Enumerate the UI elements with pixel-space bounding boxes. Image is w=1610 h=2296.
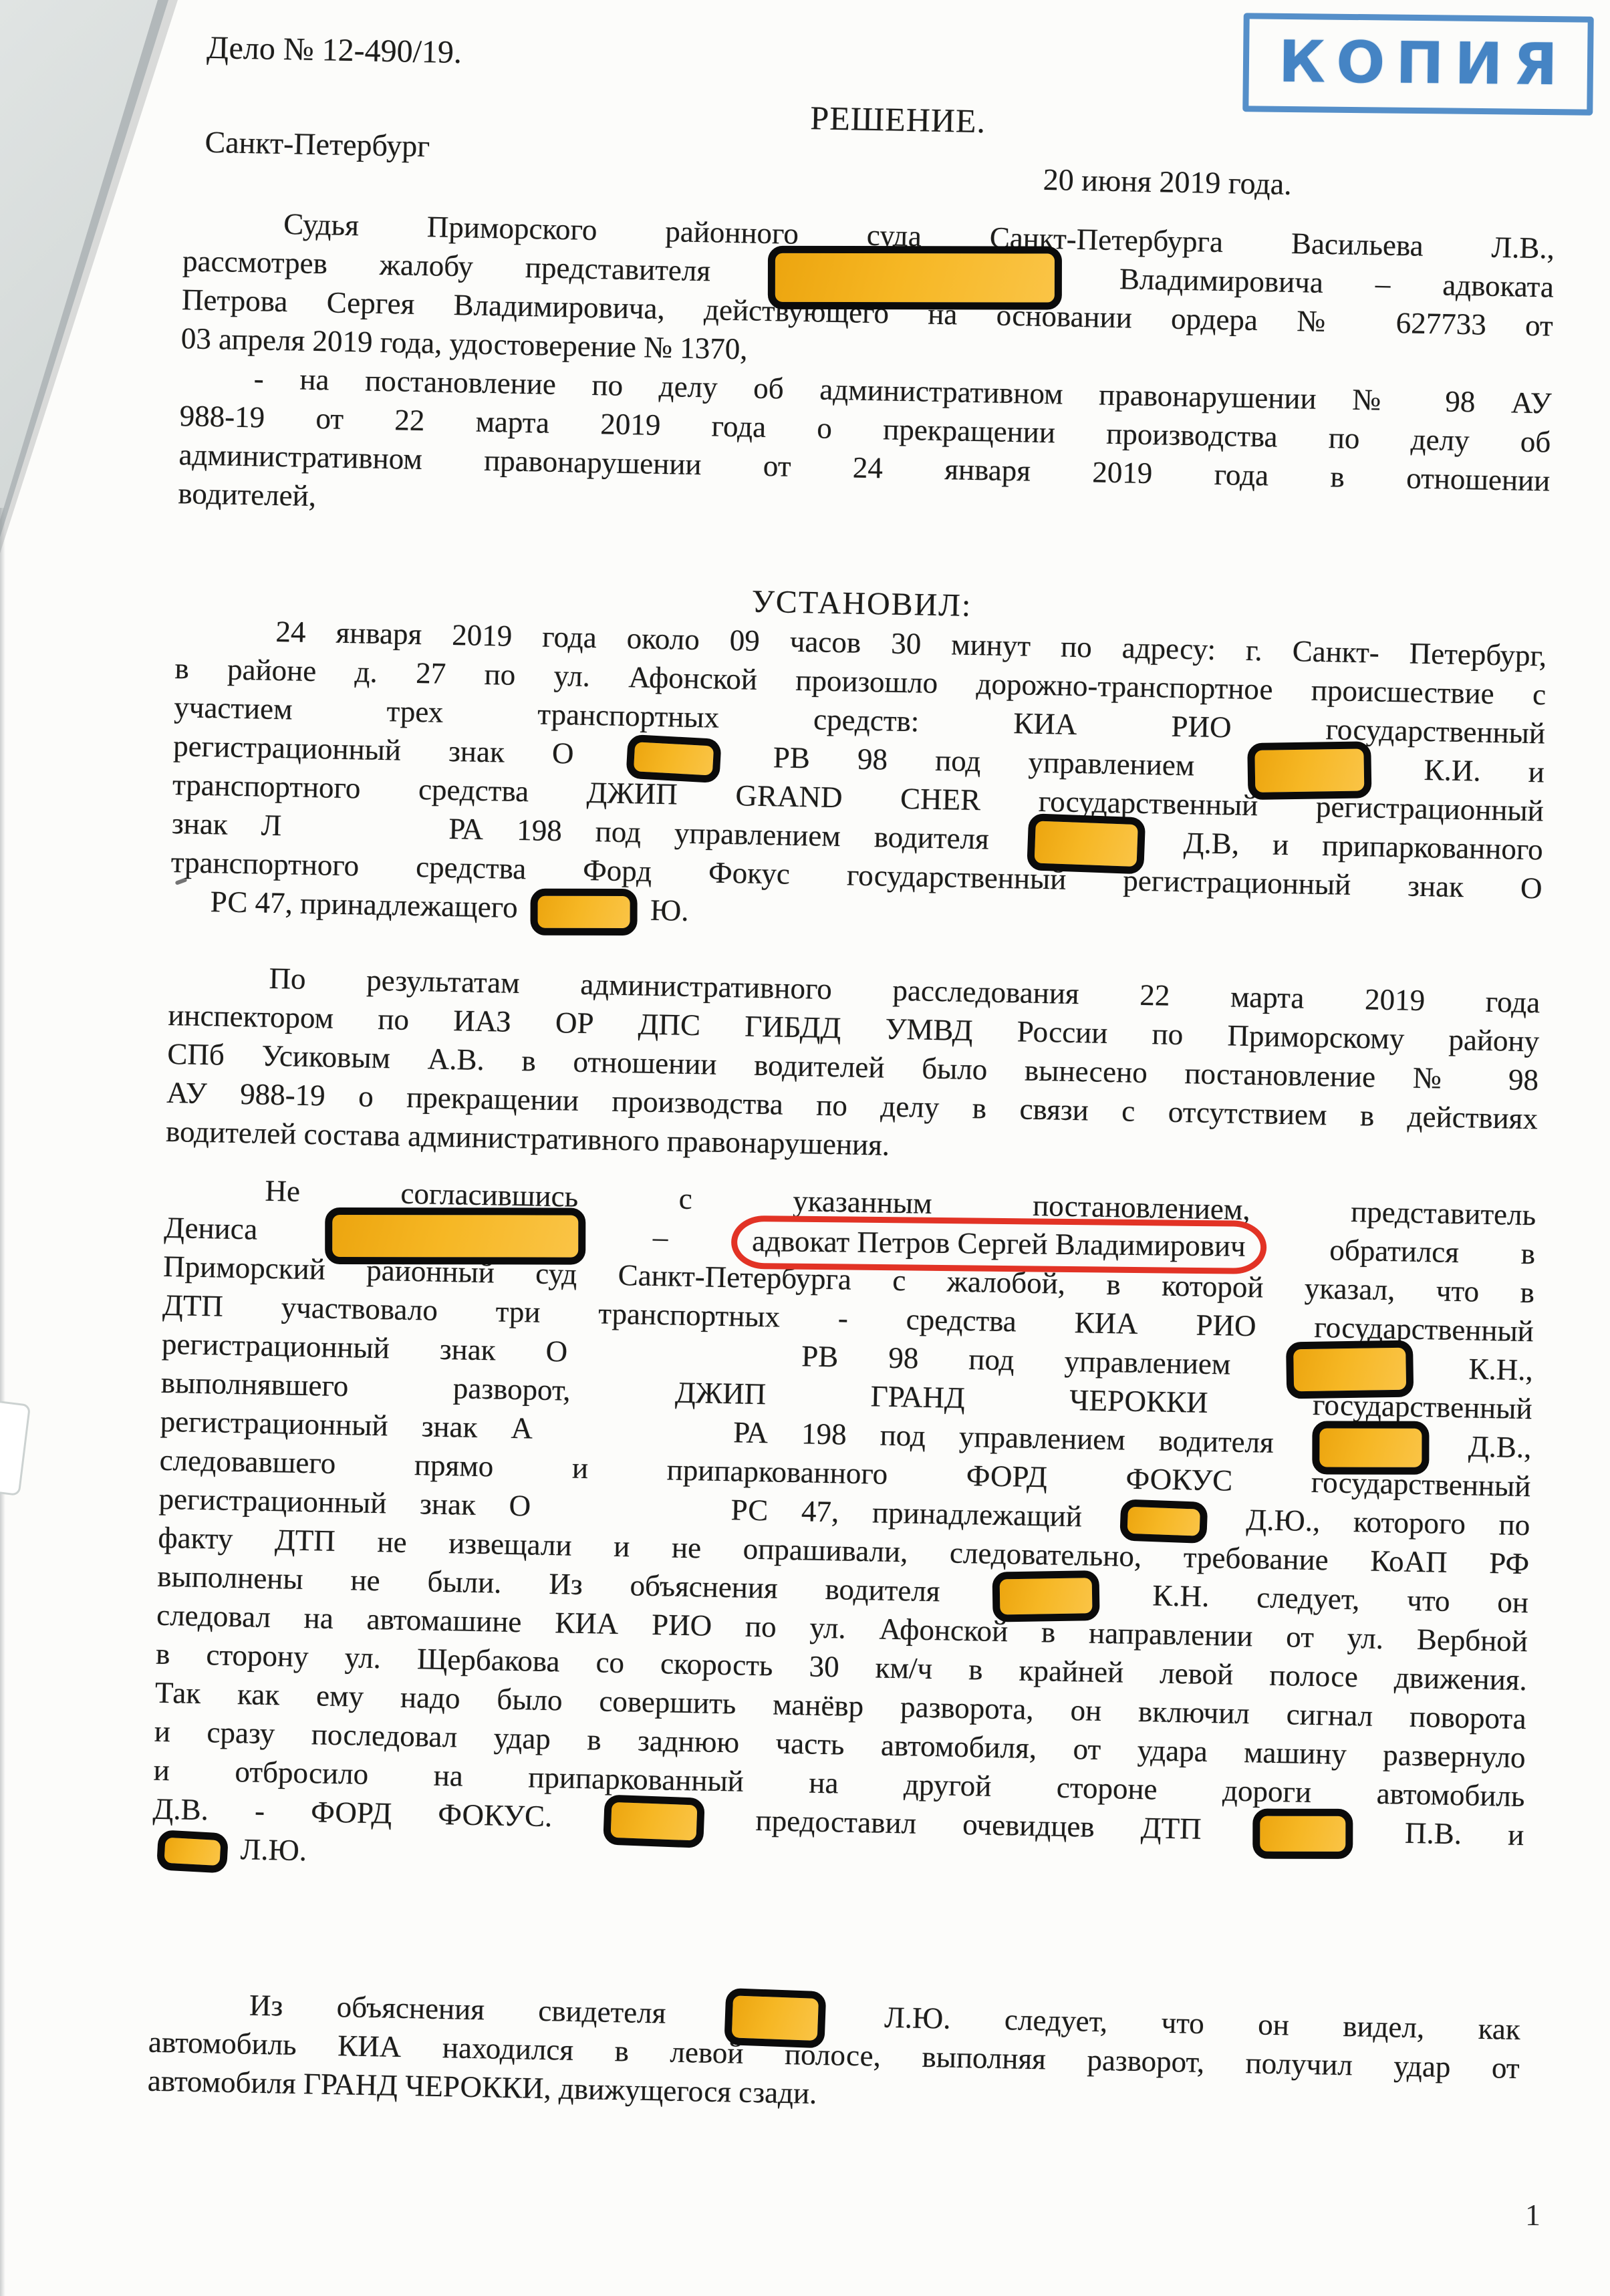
blank-gap (564, 1515, 698, 1519)
text-run: Л.Ю. (240, 1832, 307, 1867)
text-run: К.Н., (1468, 1352, 1533, 1387)
red-circle-annotation: адвокат Петров Сергей Владимирович (731, 1215, 1266, 1274)
redaction-bar (1253, 1809, 1353, 1859)
text-run: Ю. (650, 893, 689, 927)
case-number: Дело № 12-490/19. (207, 29, 462, 71)
text-run: водителей, (178, 476, 316, 513)
blank-gap (315, 835, 415, 838)
decision-title: РЕШЕНИЕ. (810, 98, 986, 140)
scan-edge-artifact (0, 1400, 31, 1496)
text-run: РВ 98 под управлением (801, 1339, 1231, 1381)
text-run: регистрационный знак О (162, 1327, 568, 1369)
text-run: – (652, 1220, 668, 1254)
redaction-bar (603, 1795, 705, 1848)
redaction-bar (1286, 1340, 1414, 1399)
text-run: УСТАНОВИЛ: (751, 584, 972, 623)
redaction-bar (768, 246, 1062, 310)
redaction-bar (1120, 1499, 1208, 1544)
document-content: Дело № 12-490/19. РЕШЕНИЕ. Санкт-Петербу… (147, 23, 1558, 2126)
redaction-bar (724, 1988, 826, 2048)
text-run: Д.В., (1468, 1429, 1532, 1464)
blank-gap (618, 1361, 751, 1365)
text-run: К.Н. следует, что он (1152, 1578, 1529, 1619)
text-run: обратился в (1329, 1233, 1536, 1270)
city-label: Санкт-Петербург (205, 124, 430, 164)
redaction-bar (531, 888, 638, 935)
text-run: регистрационный знак А (160, 1405, 533, 1445)
text-run: знак Л (172, 807, 282, 842)
redaction-bar (1313, 1421, 1430, 1474)
page-number: 1 (1525, 2197, 1540, 2233)
text-run: Дениса (164, 1211, 258, 1246)
text-run: регистрационный знак О (173, 729, 574, 770)
text-run: Д.В. - ФОРД ФОКУС. (152, 1792, 553, 1833)
text-run: Д.В, и припаркованного (1183, 826, 1543, 866)
text-run: РС 47, принадлежащий (730, 1493, 1082, 1533)
document-header: Дело № 12-490/19. РЕШЕНИЕ. Санкт-Петербу… (184, 23, 1559, 229)
redaction-bar (992, 1570, 1100, 1622)
blank-gap (566, 1438, 700, 1442)
text-run: К.И. и (1424, 753, 1545, 788)
redaction-bar (325, 1207, 585, 1265)
decision-date: 20 июня 2019 года. (1043, 162, 1292, 202)
text-run: РВ 98 под управлением (773, 740, 1194, 782)
body-lines: Судья Приморского районного суда Санкт-П… (147, 202, 1555, 2126)
text-run: Д.Ю., которого по (1246, 1503, 1530, 1542)
text-run: П.В. и (1405, 1816, 1524, 1852)
redaction-bar (626, 734, 721, 782)
text-run: Из объяснения свидетеля (249, 1989, 666, 2030)
redaction-bar (156, 1830, 229, 1874)
redaction-bar (1247, 741, 1371, 800)
text-run: регистрационный знак О (158, 1482, 531, 1523)
text-run: РС 47, принадлежащего (210, 885, 525, 924)
text-run: предоставил очевидцев ДТП (755, 1804, 1202, 1846)
text-run: Владимировича – адвоката (1119, 262, 1555, 303)
document-page: КОПИЯ Дело № 12-490/19. РЕШЕНИЕ. Санкт-П… (0, 0, 1610, 2296)
redaction-bar (1027, 813, 1146, 874)
